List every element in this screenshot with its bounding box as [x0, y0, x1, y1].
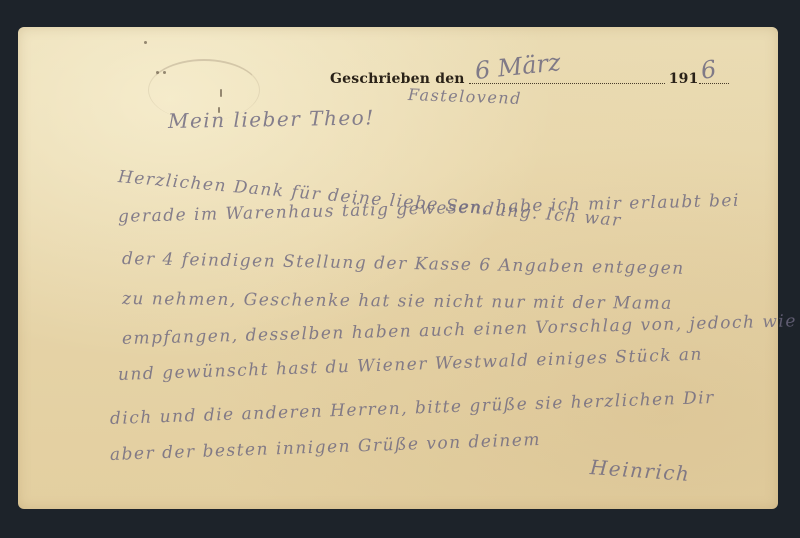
- printed-year-prefix: 191: [669, 71, 699, 87]
- body-line: empfangen, desselben haben auch einen Vo…: [122, 311, 797, 349]
- body-line: dich und die anderen Herren, bitte grüße…: [110, 388, 715, 429]
- signature: Heinrich: [589, 455, 691, 486]
- printed-date-label: Geschrieben den: [330, 71, 465, 87]
- body-line: und gewünscht hast du Wiener Westwald ei…: [118, 345, 704, 385]
- year-field: 6: [699, 65, 729, 84]
- body-line: zu nehmen, Geschenke hat sie nicht nur m…: [122, 289, 673, 314]
- salutation: Mein lieber Theo!: [168, 105, 375, 133]
- scan-background: Geschrieben den 6 März 191 6 Fastelovend…: [0, 0, 800, 538]
- place-note: Fastelovend: [408, 85, 523, 108]
- body-line: der 4 feindigen Stellung der Kasse 6 Ang…: [122, 249, 685, 279]
- handwritten-date: 6 März: [473, 48, 561, 85]
- paper-speck: [144, 41, 147, 44]
- date-header: Geschrieben den 6 März 191 6: [330, 57, 733, 87]
- postcard: Geschrieben den 6 März 191 6 Fastelovend…: [18, 27, 778, 509]
- body-line: aber der besten innigen Grüße von deinem: [110, 430, 542, 465]
- date-field: 6 März: [469, 65, 665, 84]
- paper-speck: [163, 71, 166, 74]
- paper-speck: [220, 89, 222, 97]
- paper-speck: [156, 71, 159, 74]
- handwritten-year-digit: 6: [699, 55, 718, 85]
